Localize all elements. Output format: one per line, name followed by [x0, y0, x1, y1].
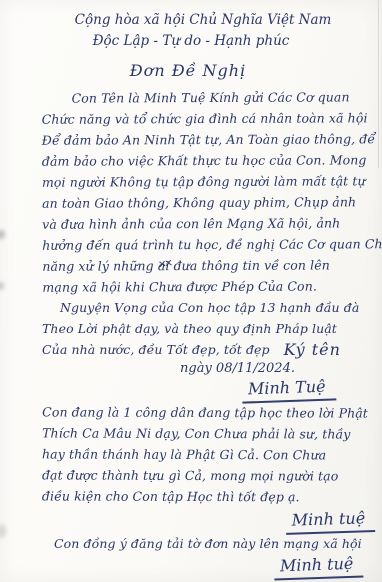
- letter-title: Đơn Đề Nghị: [42, 60, 374, 82]
- consent-block: Con đồng ý đăng tải tờ đơn này lên mạng …: [42, 533, 374, 579]
- signature-minh-tue: Minh tuệ: [285, 508, 375, 535]
- handwritten-line: Chức năng và tổ chức gia đình cá nhân to…: [42, 107, 374, 129]
- handwritten-line: Theo Lời phật dạy, và theo quy định Pháp…: [42, 318, 374, 339]
- date-line: ngày 08/11/2024.: [180, 359, 374, 378]
- handwritten-line: hay thần thánh hay là Phật Gì Cả. Con Ch…: [42, 443, 374, 465]
- handwritten-line: Để đảm bảo An Ninh Tật tự, An Toàn giao …: [42, 128, 374, 150]
- handwritten-line: và đưa hình ảnh của con lên Mạng Xã hội,…: [42, 212, 374, 234]
- handwritten-line: Thích Ca Mâu Ni dạy, Con Chưa phải là sư…: [42, 422, 374, 444]
- handwritten-line: mọi người Không tụ tập đông người làm mấ…: [42, 170, 374, 192]
- ink-scribble-icon: ✕✕: [158, 258, 172, 271]
- handwritten-line: an toàn Giao thông, Không quay phim, Chụ…: [42, 191, 374, 213]
- letter-header: Cộng hòa xã hội Chủ Nghĩa Việt Nam Độc L…: [42, 10, 374, 52]
- handwritten-line: mạng xã hội khi Chưa được Phép Của Con.: [42, 275, 374, 297]
- handwritten-line: đạt được thành tựu gì Cả, mong mọi người…: [42, 464, 374, 486]
- handwritten-line: Nguyện Vọng của Con học tập 13 hạnh đầu …: [42, 297, 374, 318]
- signature-minh-tue: Minh tuệ: [274, 553, 364, 580]
- handwritten-line: năng xử lý những ai đưa thông tin về con…: [42, 254, 374, 276]
- closing-line: Của nhà nước, đều Tốt đẹp, tốt đẹp: [42, 339, 270, 360]
- signature-minh-tue: Minh Tuệ: [242, 376, 336, 403]
- handwritten-line: hưởng đến quá trình tu học, đề nghị Các …: [42, 233, 374, 255]
- request-paragraph: Con Tên là Minh Tuệ Kính gửi Các Cơ quan…: [42, 86, 375, 297]
- handwritten-line: Con Tên là Minh Tuệ Kính gửi Các Cơ quan: [42, 86, 374, 108]
- letter-content: Cộng hòa xã hội Chủ Nghĩa Việt Nam Độc L…: [0, 0, 382, 582]
- handwritten-line: Của nhà nước, đều Tốt đẹp, tốt đẹp Ký tê…: [42, 339, 374, 360]
- handwritten-line: điều kiện cho Con tập Học thì tốt đẹp ạ.: [42, 485, 374, 507]
- letter-page: Cộng hòa xã hội Chủ Nghĩa Việt Nam Độc L…: [0, 0, 382, 582]
- aspiration-paragraph: Nguyện Vọng của Con học tập 13 hạnh đầu …: [42, 297, 374, 402]
- handwritten-line: đảm bảo cho việc Khất thực tu học của Co…: [42, 149, 374, 171]
- sign-here-label: Ký tên: [284, 339, 341, 360]
- consent-line: Con đồng ý đăng tải tờ đơn này lên mạng …: [54, 533, 374, 554]
- national-motto-line1: Cộng hòa xã hội Chủ Nghĩa Việt Nam: [42, 10, 374, 31]
- clarification-paragraph: Con đang là 1 công dân đang tập học theo…: [42, 401, 374, 531]
- handwritten-line: Con đang là 1 công dân đang tập học theo…: [42, 401, 374, 423]
- national-motto-line2: Độc Lập - Tự do - Hạnh phúc: [42, 31, 374, 52]
